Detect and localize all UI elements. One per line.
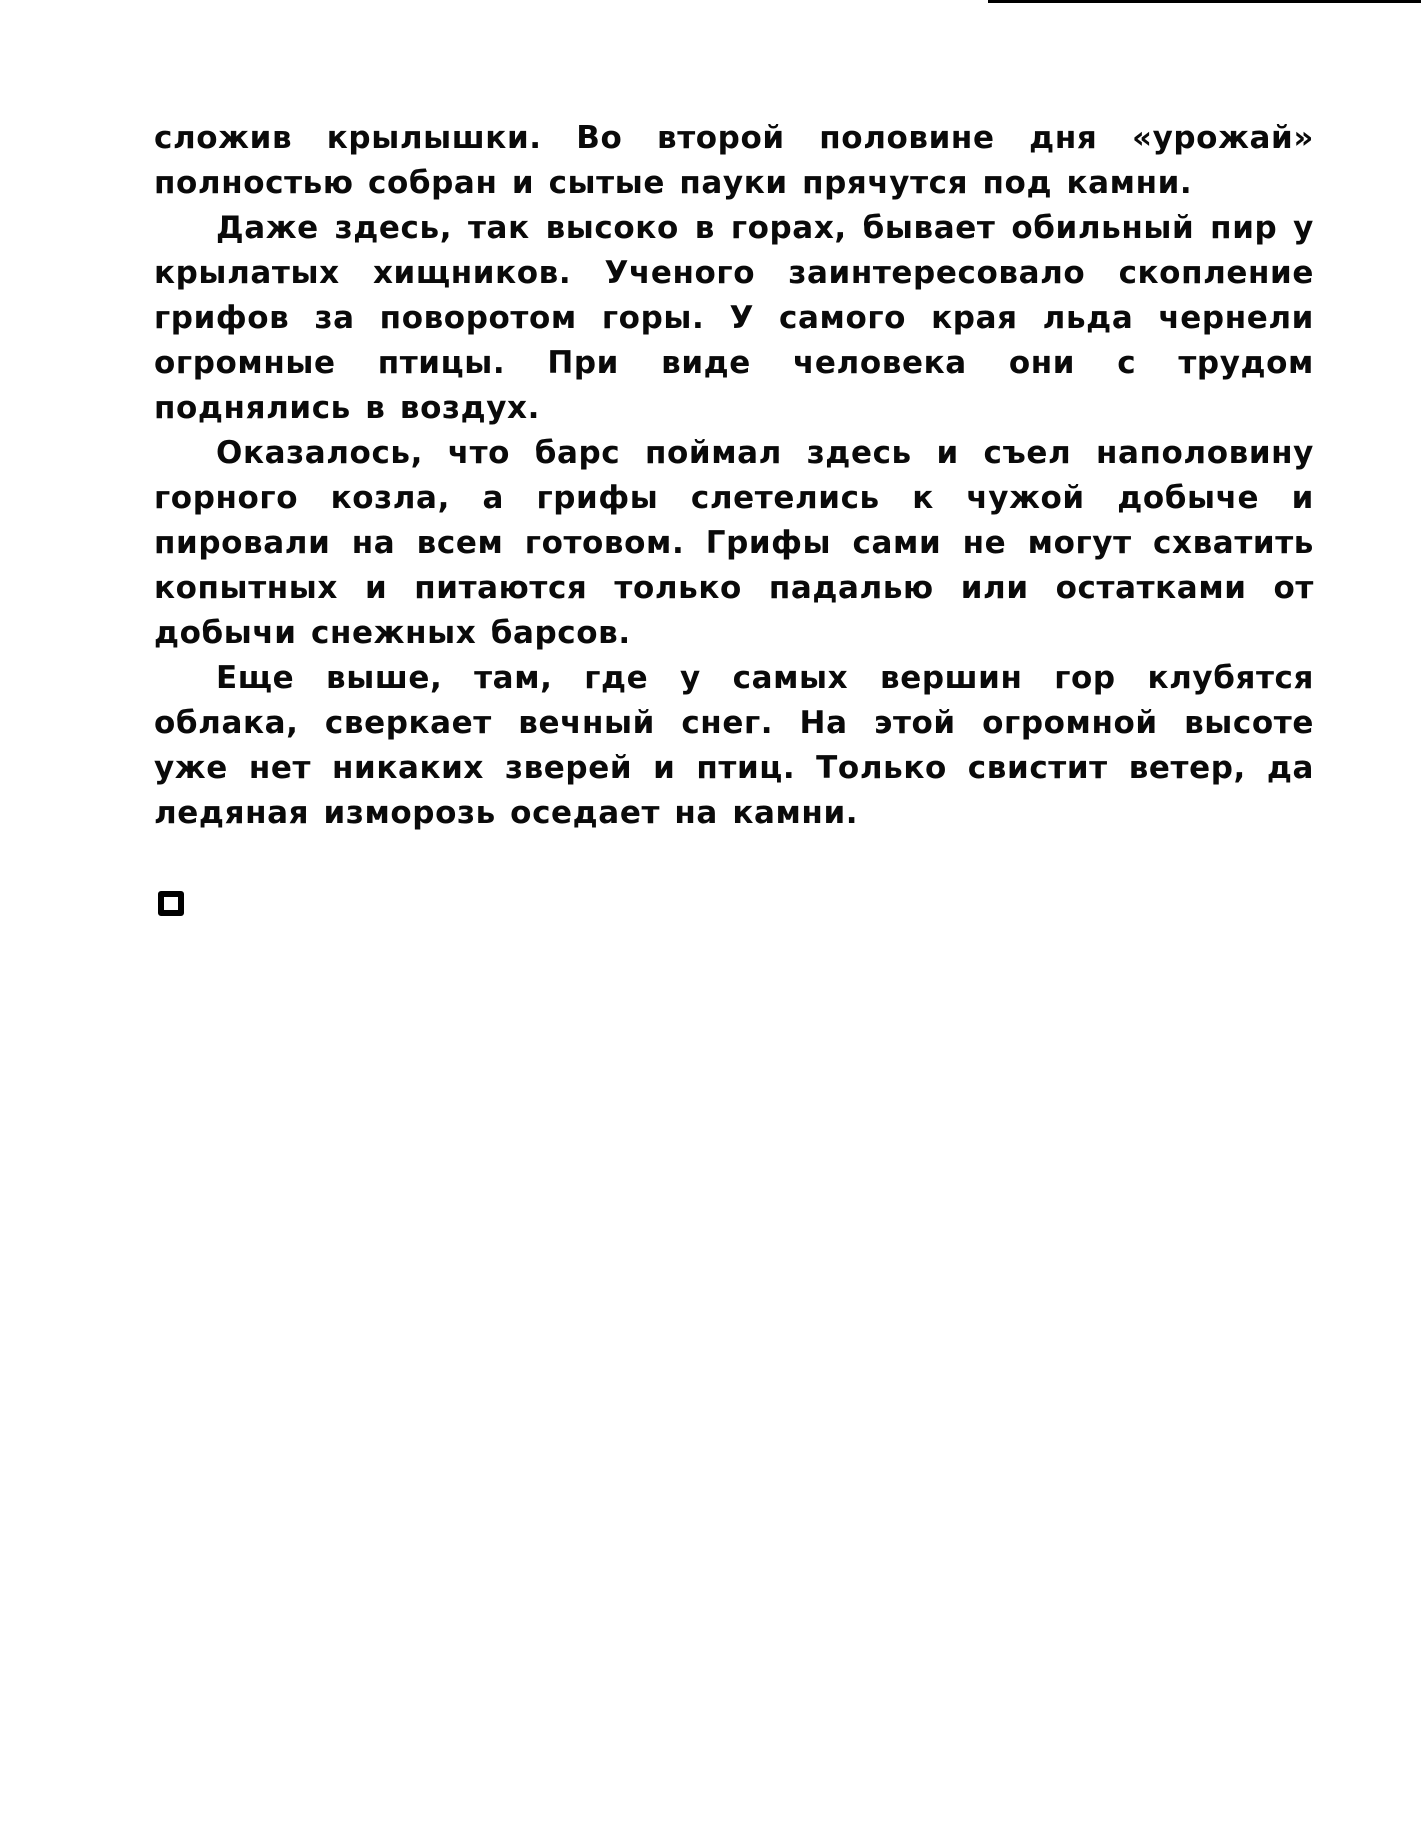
paragraph-griffins-feast: Даже здесь, так высоко в горах, бывает о… bbox=[154, 206, 1314, 431]
paragraph-continuation: сложив крылышки. Во второй половине дня … bbox=[154, 116, 1314, 206]
scan-edge-rule bbox=[988, 0, 1421, 3]
paragraph-eternal-snow: Еще выше, там, где у самых вершин гор кл… bbox=[154, 656, 1314, 836]
end-of-chapter-square-icon bbox=[158, 891, 184, 916]
page-body: сложив крылышки. Во второй половине дня … bbox=[154, 116, 1314, 836]
paragraph-snow-leopard-prey: Оказалось, что барс поймал здесь и съел … bbox=[154, 431, 1314, 656]
